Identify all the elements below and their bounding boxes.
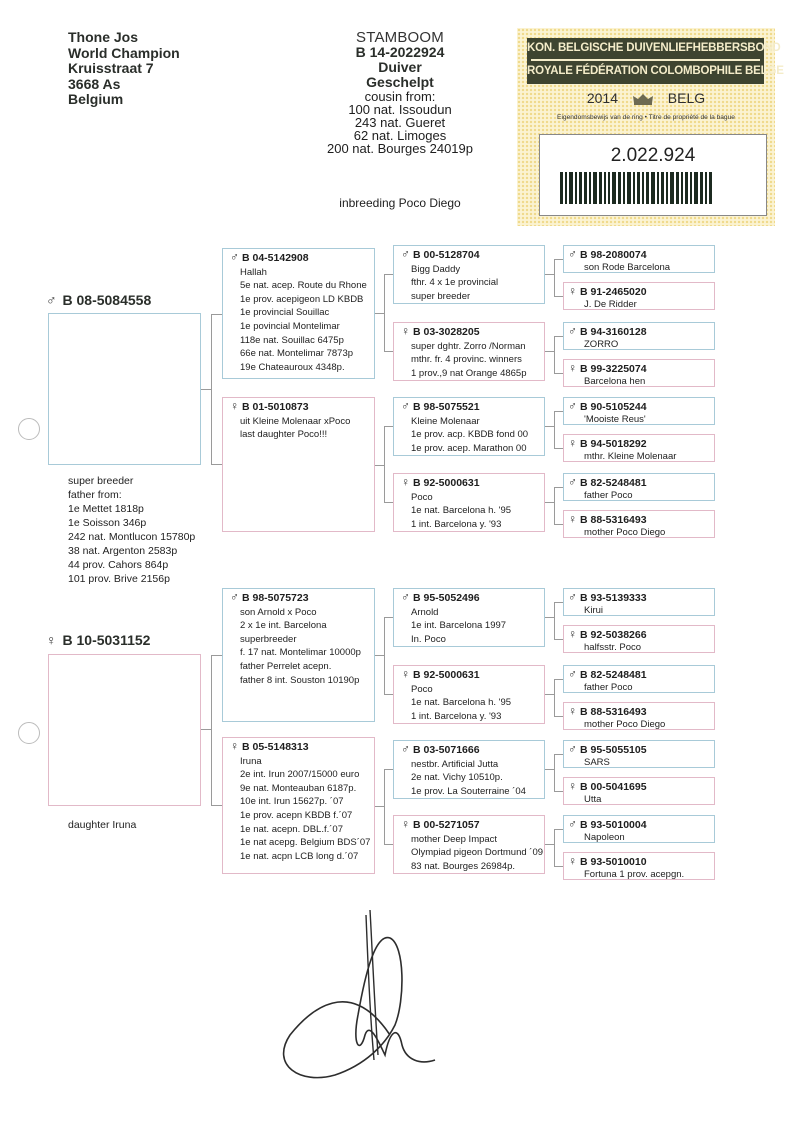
pigeon-note: 1e nat. Barcelona h. '95 <box>401 696 540 710</box>
pigeon-ring: ♂B 03-5071666 <box>401 743 540 758</box>
pedigree-box[interactable]: ♂B 00-5128704Bigg Daddyfthr. 4 x 1e prov… <box>393 245 545 304</box>
connector-line <box>384 426 385 503</box>
pigeon-note: 1e prov. acp. KBDB fond 00 <box>401 428 540 442</box>
pigeon-note: 10e int. Irun 15627p. ´07 <box>230 795 370 809</box>
pedigree-box[interactable]: ♂B 98-2080074son Rode Barcelona <box>563 245 715 273</box>
doc-title: STAMBOOM <box>300 31 500 45</box>
connector-line <box>201 729 211 730</box>
pigeon-ring: ♂B 82-5248481 <box>568 669 710 682</box>
owner-name: Thone Jos <box>68 30 180 46</box>
pigeon-note: Iruna <box>230 755 370 769</box>
connector-line <box>384 502 393 503</box>
ring-number: B 82-5248481 <box>580 477 647 489</box>
pigeon-note: ZORRO <box>568 339 710 351</box>
pigeon-note: son Arnold x Poco <box>230 606 370 620</box>
owner-country: Belgium <box>68 92 180 108</box>
barcode-bar <box>666 172 668 204</box>
male-symbol-icon: ♂ <box>568 324 577 338</box>
pigeon-ring: ♀B 88-5316493 <box>568 514 710 527</box>
ring-number: B 95-5052496 <box>413 592 480 604</box>
pigeon-note: mthr. fr. 4 provinc. winners <box>401 353 540 367</box>
pigeon-note: 1e prov. acepigeon LD KBDB <box>230 293 370 307</box>
ring-number: B 88-5316493 <box>580 514 647 526</box>
ring-number: B 00-5128704 <box>413 249 480 261</box>
pedigree-box[interactable]: ♂B 95-5052496Arnold1e int. Barcelona 199… <box>393 588 545 647</box>
barcode-bar <box>651 172 655 204</box>
dam-ring: ♀B 10-5031152 <box>46 632 150 648</box>
pigeon-ring: ♂B 98-2080074 <box>568 249 710 262</box>
connector-line <box>384 769 393 770</box>
female-symbol-icon: ♀ <box>230 399 239 413</box>
barcode-bar <box>642 172 644 204</box>
ring-number: B 92-5000631 <box>413 669 480 681</box>
pigeon-note: Kirui <box>568 605 710 617</box>
connector-line <box>554 448 563 449</box>
pigeon-note: 1e nat. acpn LCB long d.´07 <box>230 850 370 864</box>
pigeon-note: father Perrelet acepn. <box>230 660 370 674</box>
connector-line <box>375 313 384 314</box>
female-symbol-icon: ♀ <box>401 475 410 489</box>
barcode-bar <box>709 172 712 204</box>
male-symbol-icon: ♂ <box>230 250 239 264</box>
barcode-bar <box>633 172 635 204</box>
pigeon-ring: ♀B 01-5010873 <box>230 400 370 415</box>
connector-line <box>554 336 563 337</box>
pedigree-box[interactable]: ♀B 88-5316493mother Poco Diego <box>563 510 715 538</box>
pigeon-note: Poco <box>401 491 540 505</box>
ring-number: B 03-3028205 <box>413 326 480 338</box>
barcode-bar <box>700 172 703 204</box>
ring-number: B 91-2465020 <box>580 286 647 298</box>
female-symbol-icon: ♀ <box>401 667 410 681</box>
ring-number: B 05-5148313 <box>242 741 309 753</box>
pigeon-note: J. De Ridder <box>568 299 710 311</box>
female-symbol-icon: ♀ <box>568 854 577 868</box>
note-line: daughter Iruna <box>68 818 136 832</box>
male-symbol-icon: ♂ <box>401 590 410 604</box>
note-line: 1e Mettet 1818p <box>68 502 195 516</box>
barcode-bar <box>637 172 640 204</box>
federation-name-nl: KON. BELGISCHE DUIVENLIEFHEBBERSBOND <box>527 38 764 59</box>
connector-line <box>554 524 563 525</box>
pigeon-ring: ♀B 00-5041695 <box>568 781 710 794</box>
pigeon-note: 1 prov.,9 nat Orange 4865p <box>401 367 540 381</box>
barcode-bar <box>589 172 591 204</box>
ring-number: B 98-2080074 <box>580 249 647 261</box>
connector-line <box>554 411 563 412</box>
barcode-bar <box>670 172 674 204</box>
ring-number: B 08-5084558 <box>63 292 152 308</box>
sire-notes: super breederfather from:1e Mettet 1818p… <box>68 474 195 586</box>
punch-hole <box>18 418 40 440</box>
pigeon-note: 1 int. Barcelona y. '93 <box>401 518 540 532</box>
male-symbol-icon: ♂ <box>230 590 239 604</box>
pigeon-ring: ♂B 90-5105244 <box>568 401 710 414</box>
pedigree-box[interactable]: ♂B 82-5248481father Poco <box>563 665 715 693</box>
pigeon-note: father 8 int. Souston 10190p <box>230 674 370 688</box>
barcode-bar <box>565 172 567 204</box>
pigeon-note: 2e nat. Vichy 10510p. <box>401 771 540 785</box>
male-symbol-icon: ♂ <box>568 399 577 413</box>
pigeon-note: 1e int. Barcelona 1997 <box>401 619 540 633</box>
connector-line <box>554 259 563 260</box>
owner-city: 3668 As <box>68 77 180 93</box>
connector-line <box>554 487 555 525</box>
barcode-bar <box>661 172 664 204</box>
male-symbol-icon: ♂ <box>568 817 577 831</box>
ring-card-subtitle: Eigendomsbewijs van de ring • Titre de p… <box>517 114 775 121</box>
ring-number: B 01-5010873 <box>242 401 309 413</box>
connector-line <box>384 617 385 695</box>
female-symbol-icon: ♀ <box>568 704 577 718</box>
color-label: Geschelpt <box>300 75 500 90</box>
ring-number: B 92-5038266 <box>580 629 647 641</box>
ring-year-row: 2014 BELG <box>517 90 775 106</box>
ring-number: B 10-5031152 <box>63 632 151 648</box>
connector-line <box>554 829 555 867</box>
pigeon-note: 1 int. Barcelona y. '93 <box>401 710 540 724</box>
pigeon-note: Kleine Molenaar <box>401 415 540 429</box>
pigeon-ring: ♀B 93-5010010 <box>568 856 710 869</box>
ring-number: B 92-5000631 <box>413 477 480 489</box>
barcode-bar <box>604 172 606 204</box>
female-symbol-icon: ♀ <box>401 817 410 831</box>
connector-line <box>384 617 393 618</box>
dam-notes: daughter Iruna <box>68 818 136 832</box>
pedigree-box[interactable]: ♀B 99-3225074Barcelona hen <box>563 359 715 387</box>
pigeon-note: Bigg Daddy <box>401 263 540 277</box>
connector-line <box>545 502 554 503</box>
pigeon-ring: ♂B 93-5010004 <box>568 819 710 832</box>
pigeon-note: 1e provincial Souillac <box>230 306 370 320</box>
pigeon-note: fthr. 4 x 1e provincial <box>401 276 540 290</box>
pigeon-note: f. 17 nat. Montelimar 10000p <box>230 646 370 660</box>
signature-icon <box>270 905 510 1095</box>
pedigree-box[interactable]: ♀B 94-5018292mthr. Kleine Molenaar <box>563 434 715 462</box>
pigeon-note: 1e prov. acep. Marathon 00 <box>401 442 540 456</box>
pigeon-ring: ♂B 95-5052496 <box>401 591 540 606</box>
ring-number: B 98-5075521 <box>413 401 480 413</box>
ring-number: B 98-5075723 <box>242 592 309 604</box>
dam-photo-frame <box>48 654 201 806</box>
ring-number: B 00-5041695 <box>580 781 647 793</box>
connector-line <box>554 679 555 717</box>
sire-photo-frame <box>48 313 201 465</box>
male-symbol-icon: ♂ <box>568 475 577 489</box>
pigeon-note: mthr. Kleine Molenaar <box>568 451 710 463</box>
pigeon-note: Olympiad pigeon Dortmund ´09 <box>401 846 540 860</box>
barcode-bar <box>705 172 707 204</box>
female-symbol-icon: ♀ <box>401 324 410 338</box>
ring-ownership-card: KON. BELGISCHE DUIVENLIEFHEBBERSBOND ROY… <box>517 28 775 226</box>
connector-line <box>211 314 212 465</box>
male-symbol-icon: ♂ <box>401 399 410 413</box>
ring-number-panel: 2.022.924 <box>539 134 767 216</box>
connector-line <box>384 351 393 352</box>
note-line: 44 prov. Cahors 864p <box>68 558 195 572</box>
ring-number: B 94-3160128 <box>580 326 647 338</box>
pigeon-note: 83 nat. Bourges 26984p. <box>401 860 540 874</box>
pigeon-note: 1e nat. acepn. DBL.f.´07 <box>230 823 370 837</box>
barcode <box>560 172 746 204</box>
connector-line <box>545 274 554 275</box>
pigeon-note: 5e nat. acep. Route du Rhone <box>230 279 370 293</box>
female-symbol-icon: ♀ <box>568 627 577 641</box>
pedigree-box[interactable]: ♀B 91-2465020J. De Ridder <box>563 282 715 310</box>
pigeon-note: halfsstr. Poco <box>568 642 710 654</box>
barcode-bar <box>690 172 692 204</box>
pigeon-note: Hallah <box>230 266 370 280</box>
connector-line <box>375 806 384 807</box>
connector-line <box>554 487 563 488</box>
pigeon-note: Poco <box>401 683 540 697</box>
pedigree-box[interactable]: ♀B 00-5271057mother Deep ImpactOlympiad … <box>393 815 545 874</box>
pigeon-note: uit Kleine Molenaar xPoco <box>230 415 370 429</box>
pigeon-ring: ♂B 94-3160128 <box>568 326 710 339</box>
connector-line <box>554 373 563 374</box>
connector-line <box>554 296 563 297</box>
barcode-bar <box>676 172 679 204</box>
pedigree-box[interactable]: ♂B 95-5055105SARS <box>563 740 715 768</box>
pedigree-box[interactable]: ♂B 98-5075521Kleine Molenaar1e prov. acp… <box>393 397 545 456</box>
barcode-bar <box>618 172 621 204</box>
connector-line <box>211 464 222 465</box>
pigeon-note: Fortuna 1 prov. acepgn. <box>568 869 710 881</box>
barcode-bar <box>694 172 698 204</box>
pigeon-note: 2e int. Irun 2007/15000 euro <box>230 768 370 782</box>
connector-line <box>545 769 554 770</box>
barcode-bar <box>623 172 625 204</box>
connector-line <box>384 426 393 427</box>
note-line: father from: <box>68 488 195 502</box>
crown-icon <box>632 93 654 105</box>
pedigree-box[interactable]: ♂B 94-3160128ZORRO <box>563 322 715 350</box>
pedigree-box[interactable]: ♀B 00-5041695Utta <box>563 777 715 805</box>
pedigree-box[interactable]: ♂B 04-5142908Hallah5e nat. acep. Route d… <box>222 248 375 379</box>
male-symbol-icon: ♂ <box>401 247 410 261</box>
pigeon-note: mother Deep Impact <box>401 833 540 847</box>
pigeon-ring: ♀B 88-5316493 <box>568 706 710 719</box>
pedigree-box[interactable]: ♂B 03-5071666nestbr. Artificial Jutta2e … <box>393 740 545 799</box>
connector-line <box>211 314 222 315</box>
ring-number: B 90-5105244 <box>580 401 647 413</box>
ring-number: B 99-3225074 <box>580 363 647 375</box>
note-line: 1e Soisson 346p <box>68 516 195 530</box>
pigeon-ring: ♀B 99-3225074 <box>568 363 710 376</box>
pigeon-note: 118e nat. Souillac 6475p <box>230 334 370 348</box>
owner-street: Kruisstraat 7 <box>68 61 180 77</box>
barcode-bar <box>612 172 616 204</box>
pigeon-note: In. Poco <box>401 633 540 647</box>
ring-number: B 93-5010004 <box>580 819 647 831</box>
ring-number: B 93-5139333 <box>580 592 647 604</box>
connector-line <box>554 602 555 640</box>
connector-line <box>211 655 212 806</box>
female-symbol-icon: ♀ <box>568 779 577 793</box>
pigeon-ring: ♂B 93-5139333 <box>568 592 710 605</box>
connector-line <box>384 274 385 352</box>
pigeon-note: 'Mooiste Reus' <box>568 414 710 426</box>
federation-name-fr: ROYALE FÉDÉRATION COLOMBOPHILE BELGE <box>527 61 764 82</box>
pigeon-note: nestbr. Artificial Jutta <box>401 758 540 772</box>
pigeon-note: 9e nat. Monteauban 6187p. <box>230 782 370 796</box>
pedigree-header: STAMBOOM B 14-2022924 Duiver Geschelpt c… <box>300 31 500 155</box>
connector-line <box>554 639 563 640</box>
connector-line <box>211 655 222 656</box>
female-symbol-icon: ♀ <box>230 739 239 753</box>
male-symbol-icon: ♂ <box>568 247 577 261</box>
pigeon-note: Arnold <box>401 606 540 620</box>
sire-ring: ♂B 08-5084558 <box>46 292 151 308</box>
pigeon-ring: ♂B 04-5142908 <box>230 251 370 266</box>
pigeon-ring: ♂B 98-5075723 <box>230 591 370 606</box>
ring-card-number: 2.022.924 <box>540 145 766 167</box>
connector-line <box>554 754 563 755</box>
male-symbol-icon: ♂ <box>568 742 577 756</box>
connector-line <box>545 617 554 618</box>
ring-number: B 93-5010010 <box>580 856 647 868</box>
pigeon-note: Barcelona hen <box>568 376 710 388</box>
result-line: 200 nat. Bourges 24019p <box>300 142 500 155</box>
connector-line <box>554 716 563 717</box>
connector-line <box>554 866 563 867</box>
barcode-bar <box>584 172 587 204</box>
pigeon-ring: ♀B 91-2465020 <box>568 286 710 299</box>
pigeon-ring: ♂B 98-5075521 <box>401 400 540 415</box>
female-symbol-icon: ♀ <box>568 284 577 298</box>
barcode-bar <box>579 172 582 204</box>
federation-band: KON. BELGISCHE DUIVENLIEFHEBBERSBOND ROY… <box>527 38 764 84</box>
ring-number: B 95-5055105 <box>580 744 647 756</box>
barcode-bar <box>575 172 577 204</box>
owner-title: World Champion <box>68 46 180 62</box>
pedigree-box[interactable]: ♀B 05-5148313Iruna2e int. Irun 2007/1500… <box>222 737 375 874</box>
pedigree-box[interactable]: ♂B 98-5075723son Arnold x Poco2 x 1e int… <box>222 588 375 722</box>
note-line: 101 prov. Brive 2156p <box>68 572 195 586</box>
barcode-bar <box>593 172 597 204</box>
connector-line <box>375 655 384 656</box>
pedigree-box[interactable]: ♀B 92-5000631Poco1e nat. Barcelona h. '9… <box>393 473 545 532</box>
pigeon-note: super dghtr. Zorro /Norman <box>401 340 540 354</box>
female-symbol-icon: ♀ <box>568 361 577 375</box>
pigeon-ring: ♀B 92-5000631 <box>401 668 540 683</box>
barcode-bar <box>685 172 688 204</box>
connector-line <box>545 844 554 845</box>
connector-line <box>554 336 555 374</box>
pigeon-ring: ♀B 00-5271057 <box>401 818 540 833</box>
pigeon-ring: ♀B 92-5000631 <box>401 476 540 491</box>
barcode-bar <box>599 172 602 204</box>
female-symbol-icon: ♀ <box>568 512 577 526</box>
pigeon-note: mother Poco Diego <box>568 719 710 731</box>
male-symbol-icon: ♂ <box>568 590 577 604</box>
pigeon-ring: ♀B 05-5148313 <box>230 740 370 755</box>
pedigree-box[interactable]: ♀B 93-5010010Fortuna 1 prov. acepgn. <box>563 852 715 880</box>
connector-line <box>554 791 563 792</box>
ring-number: B 94-5018292 <box>580 438 647 450</box>
connector-line <box>211 805 222 806</box>
pigeon-note: superbreeder <box>230 633 370 647</box>
barcode-bar <box>646 172 649 204</box>
connector-line <box>554 829 563 830</box>
male-symbol-icon: ♂ <box>401 742 410 756</box>
pedigree-box[interactable]: ♀B 01-5010873uit Kleine Molenaar xPocola… <box>222 397 375 532</box>
female-symbol-icon: ♀ <box>46 632 57 648</box>
pigeon-note: 19e Chateauroux 4348p. <box>230 361 370 375</box>
barcode-bar <box>569 172 573 204</box>
pigeon-ring: ♀B 03-3028205 <box>401 325 540 340</box>
pigeon-note: father Poco <box>568 490 710 502</box>
ring-number: B 88-5316493 <box>580 706 647 718</box>
pigeon-note: 2 x 1e int. Barcelona <box>230 619 370 633</box>
pigeon-note: 1e nat acepg. Belgium BDS´07 <box>230 836 370 850</box>
pedigree-box[interactable]: ♂B 90-5105244'Mooiste Reus' <box>563 397 715 425</box>
pigeon-note: super breeder <box>401 290 540 304</box>
pigeon-note: father Poco <box>568 682 710 694</box>
connector-line <box>554 679 563 680</box>
pigeon-note: last daughter Poco!!! <box>230 428 370 442</box>
connector-line <box>384 844 393 845</box>
connector-line <box>554 411 555 449</box>
note-line: 38 nat. Argenton 2583p <box>68 544 195 558</box>
inbreeding-note: inbreeding Poco Diego <box>300 196 500 210</box>
pedigree-box[interactable]: ♀B 88-5316493mother Poco Diego <box>563 702 715 730</box>
barcode-bar <box>657 172 659 204</box>
pigeon-note: SARS <box>568 757 710 769</box>
pigeon-note: 1e prov. La Souterraine ´04 <box>401 785 540 799</box>
connector-line <box>554 259 555 297</box>
connector-line <box>384 274 393 275</box>
pedigree-box[interactable]: ♀B 92-5000631Poco1e nat. Barcelona h. '9… <box>393 665 545 724</box>
pedigree-box[interactable]: ♀B 92-5038266halfsstr. Poco <box>563 625 715 653</box>
male-symbol-icon: ♂ <box>568 667 577 681</box>
pedigree-box[interactable]: ♂B 93-5139333Kirui <box>563 588 715 616</box>
ring-country: BELG <box>668 90 705 106</box>
connector-line <box>375 465 384 466</box>
ring-number: B 03-5071666 <box>413 744 480 756</box>
barcode-bar <box>608 172 610 204</box>
female-symbol-icon: ♀ <box>568 436 577 450</box>
pigeon-note: Napoleon <box>568 832 710 844</box>
male-symbol-icon: ♂ <box>46 292 57 308</box>
pigeon-ring: ♀B 92-5038266 <box>568 629 710 642</box>
owner-address: Thone Jos World Champion Kruisstraat 7 3… <box>68 30 180 108</box>
pigeon-note: 66e nat. Montelimar 7873p <box>230 347 370 361</box>
ring-number: B 14-2022924 <box>300 45 500 60</box>
barcode-bar <box>627 172 631 204</box>
ring-number: B 04-5142908 <box>242 252 309 264</box>
connector-line <box>545 351 554 352</box>
pigeon-ring: ♀B 94-5018292 <box>568 438 710 451</box>
pigeon-note: 1e nat. Barcelona h. '95 <box>401 504 540 518</box>
ring-year: 2014 <box>587 90 618 106</box>
pigeon-ring: ♂B 00-5128704 <box>401 248 540 263</box>
pigeon-note: son Rode Barcelona <box>568 262 710 274</box>
connector-line <box>201 389 211 390</box>
ring-number: B 00-5271057 <box>413 819 480 831</box>
connector-line <box>384 694 393 695</box>
barcode-bar <box>560 172 563 204</box>
punch-hole <box>18 722 40 744</box>
pedigree-box[interactable]: ♂B 93-5010004Napoleon <box>563 815 715 843</box>
pedigree-box[interactable]: ♀B 03-3028205super dghtr. Zorro /Normanm… <box>393 322 545 381</box>
pedigree-box[interactable]: ♂B 82-5248481father Poco <box>563 473 715 501</box>
connector-line <box>554 602 563 603</box>
connector-line <box>554 754 555 792</box>
note-line: super breeder <box>68 474 195 488</box>
pigeon-ring: ♂B 95-5055105 <box>568 744 710 757</box>
ring-number: B 82-5248481 <box>580 669 647 681</box>
